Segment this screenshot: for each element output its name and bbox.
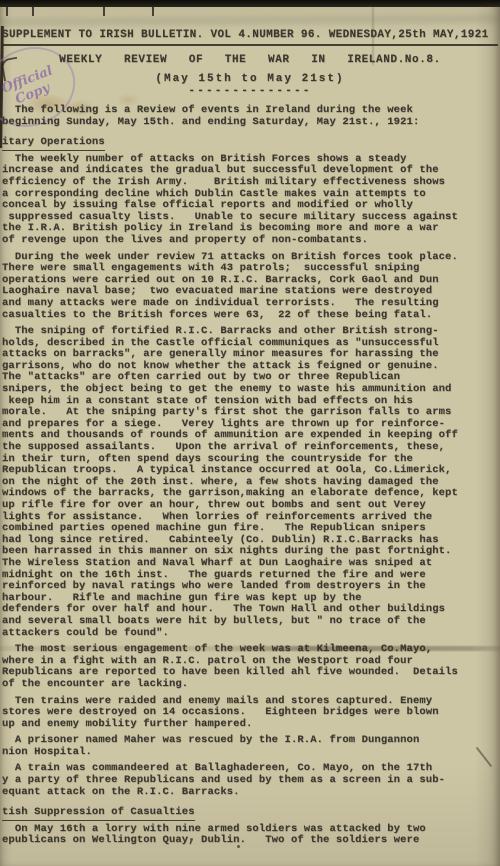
paragraph: The sniping of fortified R.I.C. Barracks… <box>2 326 498 639</box>
paragraph: The most serious engagement of the week … <box>2 644 498 690</box>
scanned-document-page: Official Copy SUPPLEMENT TO IRISH BULLET… <box>0 0 500 866</box>
section-heading: tish Suppression of Casualties <box>2 801 498 821</box>
ink-speck <box>237 845 240 848</box>
paragraph: On May 16th a lorry with nine armed sold… <box>2 824 498 847</box>
section-heading-text: tish Suppression of Casualties <box>2 807 195 821</box>
text-line: up rifle fire for over an hour, threw ou… <box>2 500 498 512</box>
text-line: y a party of three Republicans and used … <box>2 775 498 787</box>
paragraph: A train was commandeered at Ballaghadere… <box>2 763 498 798</box>
document-subtitle: (May 15th to May 21st) <box>2 73 498 85</box>
section-heading-text: itary Operations <box>2 137 105 151</box>
text-line: snipers, the object being to get the ene… <box>2 384 498 396</box>
text-line: stores were destroyed on 14 occasions. E… <box>2 707 498 719</box>
text-line: epublicans on Wellington Quay, Dublin. T… <box>2 835 498 847</box>
paragraph: The weekly number of attacks on British … <box>2 154 498 247</box>
paragraph: A prisoner named Maher was rescued by th… <box>2 735 498 758</box>
text-line: and many attacks were made on individual… <box>2 298 498 310</box>
text-line: up and enemy mobility further hampered. <box>2 719 498 731</box>
section-heading: itary Operations <box>2 131 498 151</box>
text-line: attackers could be found". <box>2 628 498 640</box>
document-content: SUPPLEMENT TO IRISH BULLETIN. VOL 4.NUMB… <box>0 0 500 866</box>
decorative-dashed-rule: -------------- <box>2 85 498 97</box>
text-line: equant attack on the R.I.C. Barracks. <box>2 787 498 799</box>
text-line: The sniping of fortified R.I.C. Barracks… <box>2 326 498 338</box>
text-line: beginning Sunday, May 15th. and ending S… <box>2 117 498 129</box>
text-line: The Wireless Station and Naval Wharf at … <box>2 558 498 570</box>
text-line: of the encounter are lacking. <box>2 679 498 691</box>
document-title: WEEKLY REVIEW OF THE WAR IN IRELAND.No.8… <box>2 54 498 66</box>
paragraph: The following is a Review of events in I… <box>2 105 498 128</box>
fold-crease-horizontal <box>0 646 500 651</box>
text-line: nion Hospital. <box>2 747 498 759</box>
text-line: There were small engagements with 43 pat… <box>2 263 498 275</box>
text-line: and several small boats were hit by bull… <box>2 616 498 628</box>
text-line: efficiency of the Irish Army. British mi… <box>2 177 498 189</box>
paragraph: Ten trains were raided and enemy mails a… <box>2 696 498 731</box>
text-line: of revenge upon the lives and property o… <box>2 235 498 247</box>
text-line: casualties to the British forces were 63… <box>2 310 498 322</box>
document-body: The following is a Review of events in I… <box>2 105 498 847</box>
ink-speck <box>190 838 193 841</box>
masthead: SUPPLEMENT TO IRISH BULLETIN. VOL 4.NUMB… <box>2 29 498 46</box>
paragraph: During the week under review 71 attacks … <box>2 252 498 322</box>
text-line: The following is a Review of events in I… <box>2 105 498 117</box>
text-line: the supposed assailants. Upon the arriva… <box>2 442 498 454</box>
text-line: reinforced by naval ratings who were lan… <box>2 581 498 593</box>
text-line: conceal by issuing false official report… <box>2 200 498 212</box>
